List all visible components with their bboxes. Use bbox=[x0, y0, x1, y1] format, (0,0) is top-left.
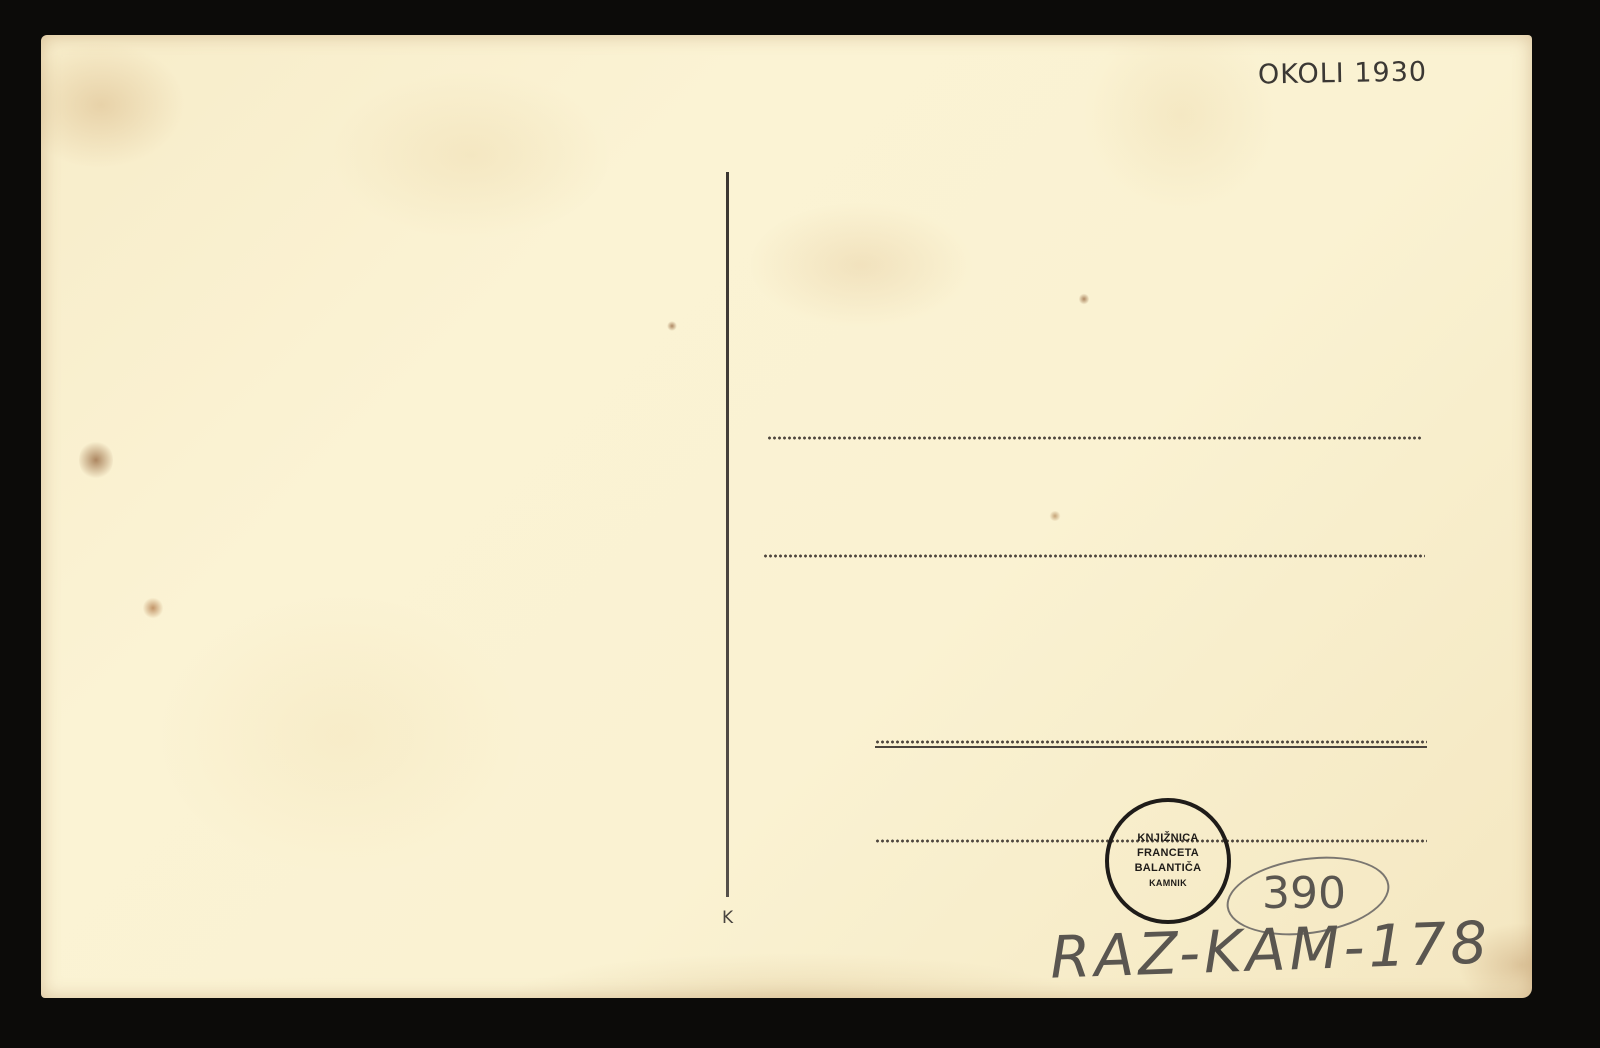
stamp-line-4: KAMNIK bbox=[1149, 876, 1187, 891]
corner-mark: K bbox=[722, 908, 733, 928]
postcard-back: K OKOLI 1930 390 KNJIŽNICA FRANCETA BALA… bbox=[41, 35, 1532, 998]
stain-spot bbox=[1049, 511, 1061, 521]
stain-spot bbox=[143, 597, 163, 619]
stamp-line-2: FRANCETA bbox=[1137, 846, 1199, 861]
address-line-3 bbox=[875, 740, 1427, 744]
address-line-3-underline bbox=[875, 746, 1427, 748]
library-stamp: KNJIŽNICA FRANCETA BALANTIČA KAMNIK bbox=[1105, 798, 1231, 924]
circled-number: 390 bbox=[1262, 868, 1346, 919]
stamp-line-1: KNJIŽNICA bbox=[1137, 831, 1198, 846]
inventory-number: RAZ-KAM-178 bbox=[1049, 908, 1492, 991]
date-note: OKOLI 1930 bbox=[1258, 57, 1428, 91]
stain-spot bbox=[79, 440, 113, 480]
address-line-1 bbox=[767, 436, 1423, 440]
stain-spot bbox=[1079, 293, 1089, 305]
message-address-divider bbox=[726, 172, 729, 897]
stain-spot bbox=[667, 321, 677, 331]
address-line-2 bbox=[763, 554, 1425, 558]
stamp-line-3: BALANTIČA bbox=[1135, 861, 1202, 876]
